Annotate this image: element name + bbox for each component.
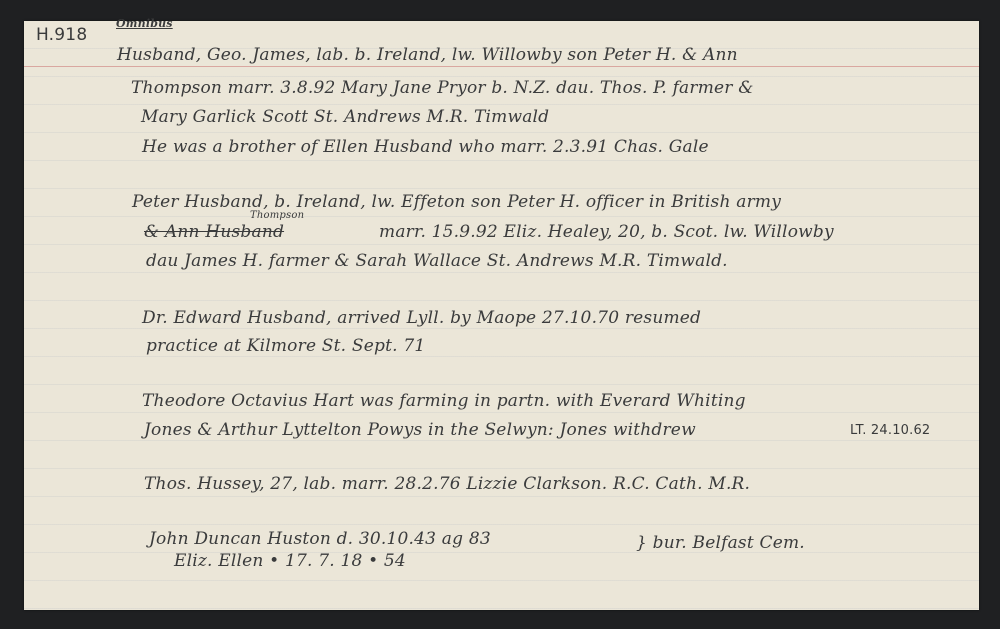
entry-6-line-2: Eliz. Ellen • 17. 7. 18 • 54 [174, 551, 406, 571]
correction-superscript: Thompson [250, 210, 304, 221]
entry-5-line-1: Thos. Hussey, 27, lab. marr. 28.2.76 Liz… [144, 474, 750, 494]
entry-6-line-1: John Duncan Huston d. 30.10.43 ag 83 [149, 529, 491, 549]
card-heading: Omnibus [116, 17, 173, 30]
entry-2-line-1: Peter Husband, b. Ireland, lw. Effeton s… [132, 192, 781, 212]
entry-1-line-3: Mary Garlick Scott St. Andrews M.R. Timw… [141, 107, 549, 127]
entry-1-line-2: Thompson marr. 3.8.92 Mary Jane Pryor b.… [131, 78, 754, 98]
entry-3-line-1: Dr. Edward Husband, arrived Lyll. by Mao… [142, 308, 701, 328]
entry-2-line-2: & Ann Husband [144, 222, 284, 242]
red-rule-line [24, 66, 979, 67]
entry-4-line-1: Theodore Octavius Hart was farming in pa… [142, 391, 746, 411]
entry-2-line-3: marr. 15.9.92 Eliz. Healey, 20, b. Scot.… [379, 222, 834, 242]
entry-3-line-2: practice at Kilmore St. Sept. 71 [146, 336, 425, 356]
entry-6-burial-note: } bur. Belfast Cem. [636, 533, 805, 553]
entry-2-line-4: dau James H. farmer & Sarah Wallace St. … [146, 251, 728, 271]
entry-1-line-4: He was a brother of Ellen Husband who ma… [142, 137, 709, 157]
entry-4-source: LT. 24.10.62 [850, 423, 930, 438]
card-reference: H.918 [36, 25, 87, 45]
entry-4-line-2: Jones & Arthur Lyttelton Powys in the Se… [144, 420, 696, 440]
struck-text: & Ann Husband [144, 222, 284, 242]
entry-1-line-1: Husband, Geo. James, lab. b. Ireland, lw… [117, 45, 738, 65]
index-card: H.918 Omnibus Husband, Geo. James, lab. … [24, 21, 979, 610]
